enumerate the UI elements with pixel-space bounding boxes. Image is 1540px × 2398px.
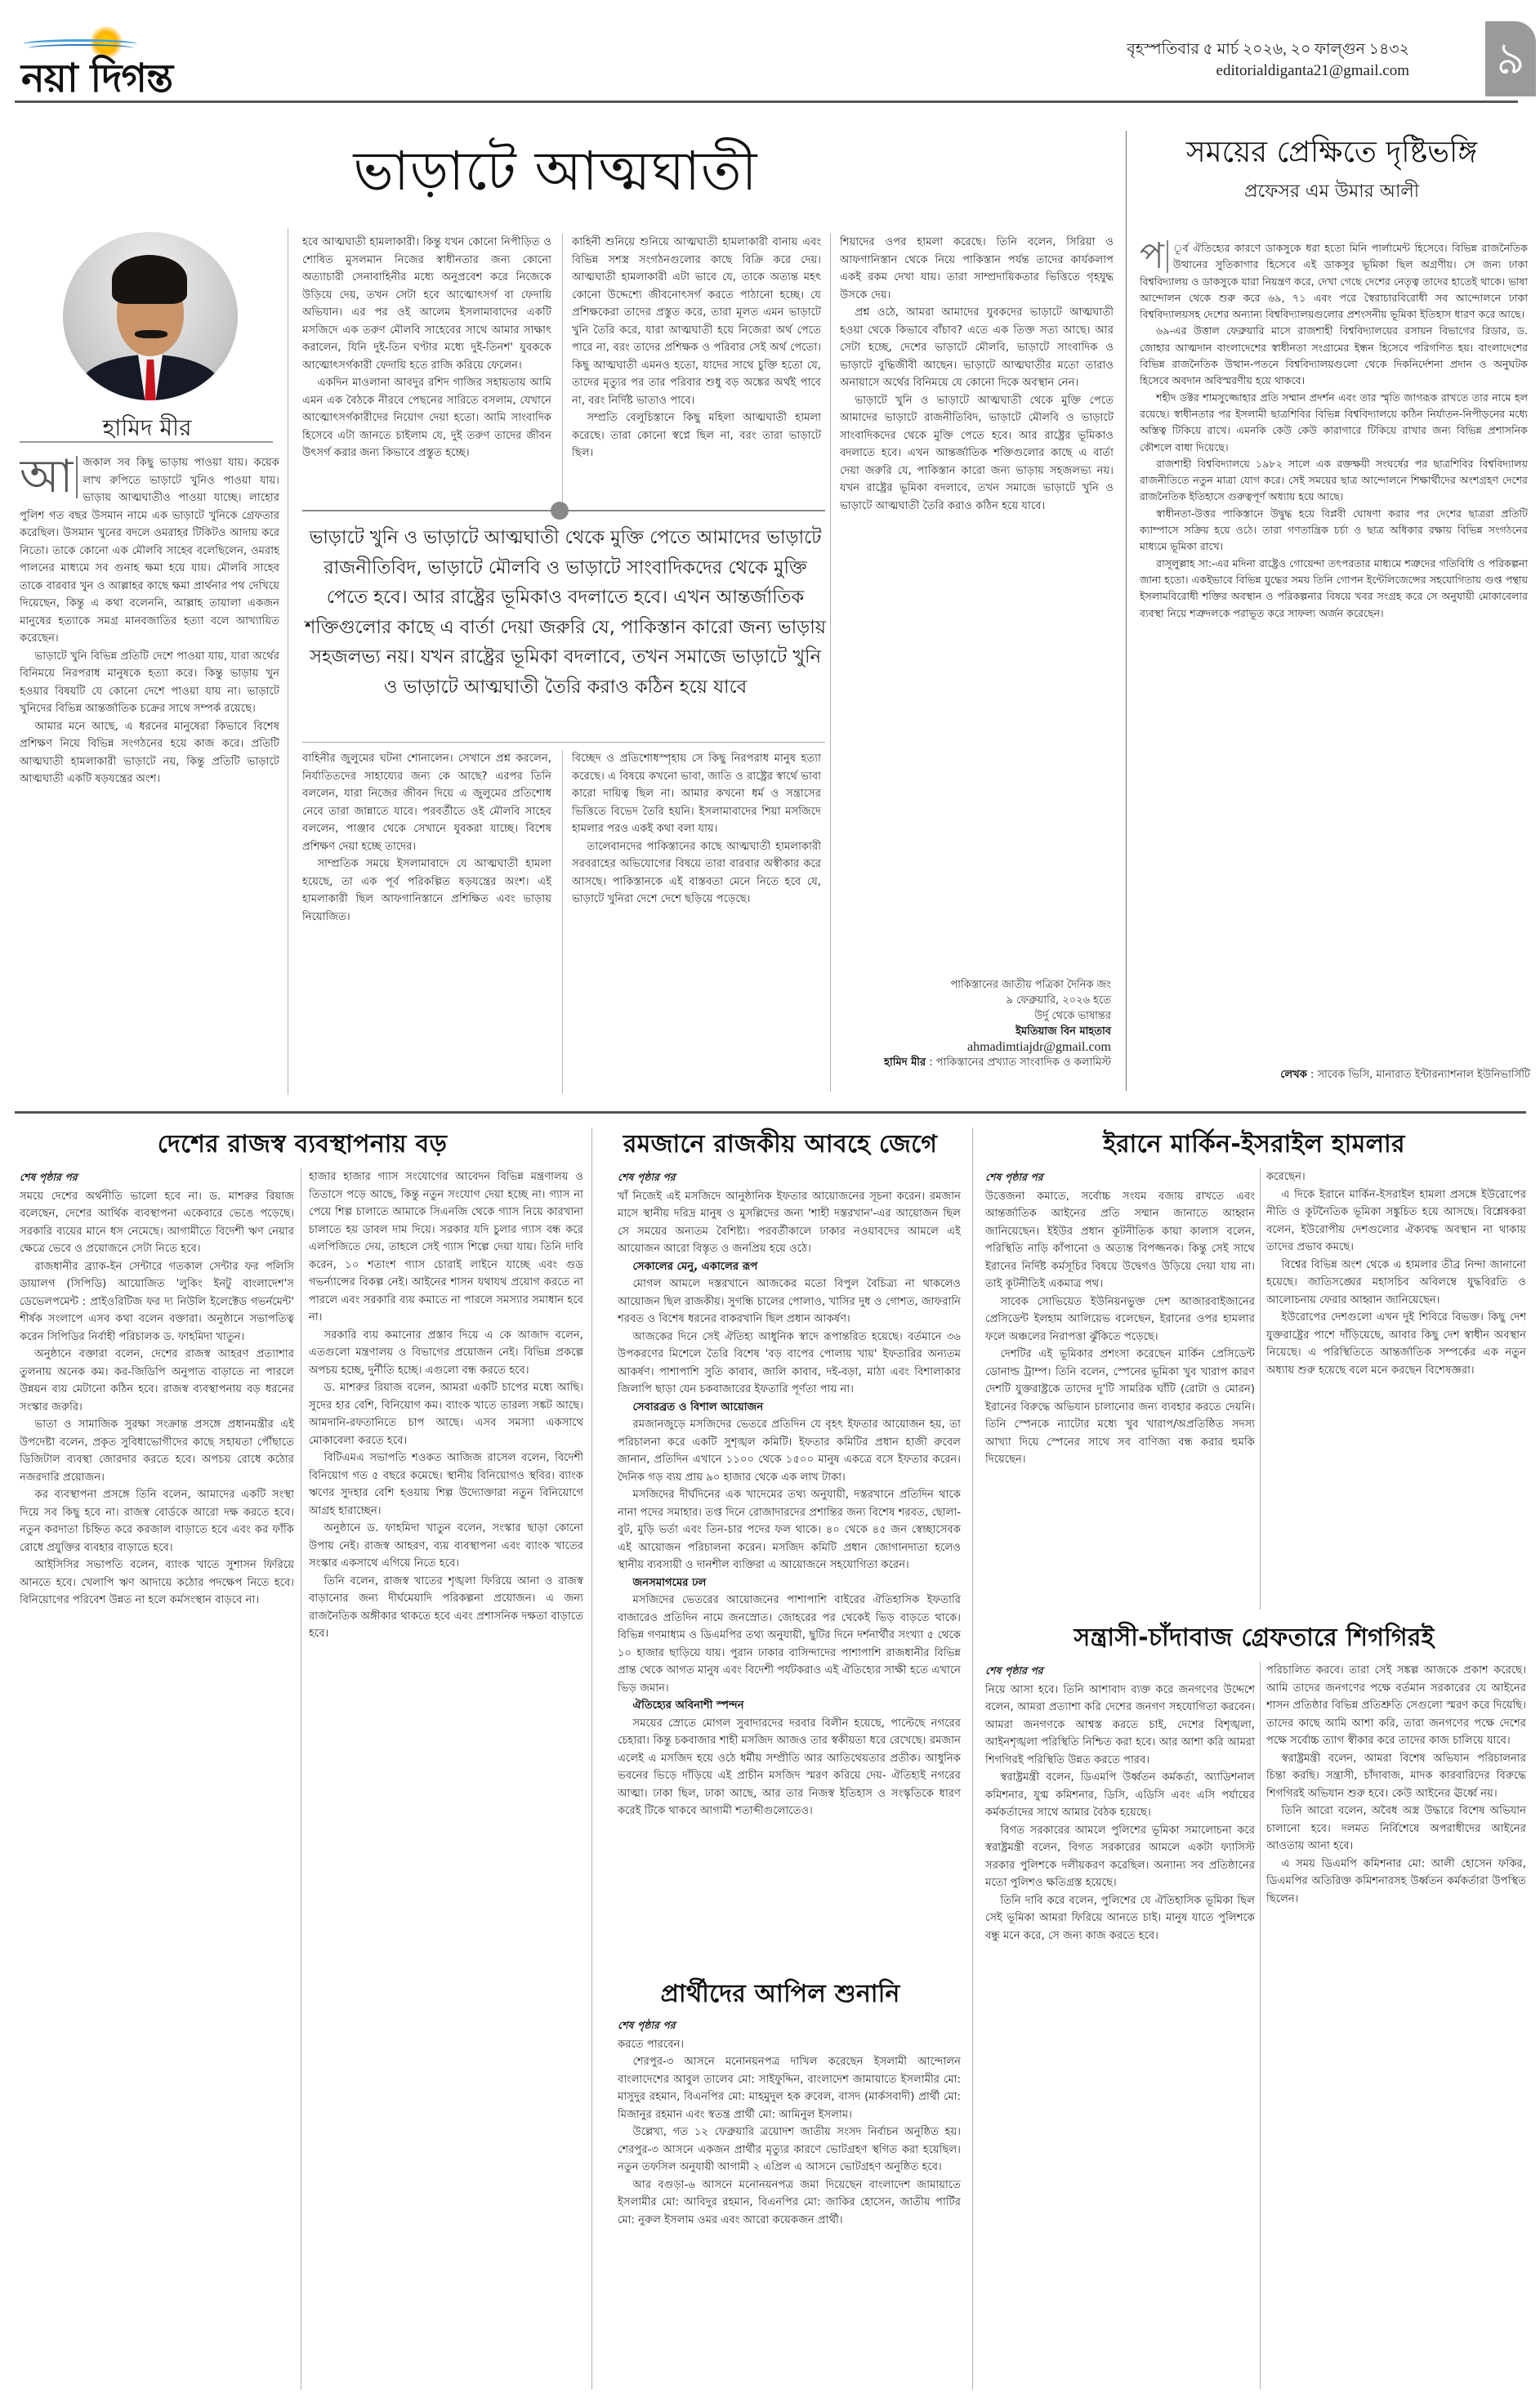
paragraph: ভাড়াটে খুনি ও ভাড়াটে আত্মঘাতী থেকে মুক…	[840, 392, 1114, 516]
column-divider	[591, 1128, 592, 2390]
paragraph: খাঁ নিজেই এই মসজিদে আনুষ্ঠানিক ইফতার আয়…	[618, 1188, 961, 1258]
pullquote: ভাড়াটে খুনি ও ভাড়াটে আত্মঘাতী থেকে মুক…	[304, 523, 827, 702]
iran-headline[interactable]: ইরানে মার্কিন-ইসরাইল হামলার	[980, 1128, 1528, 1162]
column-divider	[1260, 1168, 1261, 1610]
paragraph: সরকারি ব্যয় কমানোর প্রস্তাব দিয়ে এ কে …	[309, 1327, 583, 1380]
revenue-column-2: হাজার হাজার গ্যাস সংযোগের আবেদন বিভিন্ন …	[309, 1168, 583, 2394]
page-number-badge: ৯	[1485, 21, 1536, 96]
paragraph: বিগত সরকারের আমলে পুলিশের ভূমিকা সমালোচন…	[985, 1822, 1255, 1892]
masthead: নয়া দিগন্ত বৃহস্পতিবার ৫ মার্চ ২০২৬, ২০…	[0, 0, 1540, 106]
main-article-column-1: আজকাল সব কিছু ভাড়ায় পাওয়া যায়। কয়েক…	[20, 454, 279, 1092]
credit-translator-email[interactable]: ahmadimtiajdr@gmail.com	[825, 1039, 1111, 1055]
author-bio: হামিদ মীর : পাকিস্তানের প্রখ্যাত সাংবাদি…	[825, 1055, 1111, 1070]
paragraph: তিনি আরো বলেন, অবৈধ অস্ত্র উদ্ধারে বিশেষ…	[1266, 1802, 1526, 1855]
paragraph: আজকের দিনে সেই ঐতিহ্য আধুনিক স্বাদে রূপা…	[618, 1329, 961, 1399]
paragraph: তিনি দাবি করে বলেন, পুলিশের যে ঐতিহাসিক …	[985, 1892, 1255, 1945]
paragraph: করেছেন।	[1266, 1168, 1526, 1186]
continued-label: শেষ পৃষ্ঠার পর	[618, 2016, 961, 2034]
dateline: বৃহস্পতিবার ৫ মার্চ ২০২৬, ২০ ফাল্গুন ১৪৩…	[1127, 39, 1409, 82]
right-article-byline: প্রফেসর এম উমার আলী	[1132, 180, 1532, 204]
section-divider	[15, 1111, 1526, 1114]
paragraph: স্বাধীনতা-উত্তর পাকিস্তানে উদ্বুদ্ধ হয়ে…	[1140, 506, 1528, 556]
terror-column-1: শেষ পৃষ্ঠার পর নিয়ে আসা হবে। তিনি আশাবা…	[985, 1662, 1255, 2393]
dropcap: প	[1140, 240, 1168, 273]
subheading: সেকালের মেনু, একালের রূপ	[618, 1258, 961, 1276]
paragraph: অনুষ্ঠানে ড. ফাহমিদা খাতুন বলেন, সংস্কার…	[309, 1520, 583, 1573]
paragraph: স্বরাষ্ট্রমন্ত্রী বলেন, আমরা বিশেষ অভিযা…	[1266, 1750, 1526, 1803]
paragraph: কর ব্যবস্থাপনা প্রসঙ্গে তিনি বলেন, আমাদে…	[20, 1486, 294, 1556]
iran-column-2: করেছেন। এ দিকে ইরানে মার্কিন-ইসরাইল হামল…	[1266, 1168, 1526, 1610]
paragraph: ড. মাশরুর রিয়াজ বলেন, আমরা একটি চাপের ম…	[309, 1379, 583, 1449]
paragraph: শহীদ ডক্টর শামসুজ্জোহার প্রতি সম্মান প্র…	[1140, 390, 1528, 456]
photo-hair	[112, 255, 187, 304]
right-article-body: পূর্ব ঐতিহ্যের কারণে ডাকসুকে ধরা হতো মিন…	[1140, 240, 1528, 1065]
ramadan-article: শেষ পৃষ্ঠার পর খাঁ নিজেই এই মসজিদে আনুষ্…	[618, 1168, 961, 1932]
paragraph: সাম্প্রতিক সময়ে ইসলামাবাদে যে আত্মঘাতী …	[302, 855, 551, 926]
credit-translation-note: উর্দু থেকে ভাষান্তর	[825, 1008, 1111, 1024]
pullquote-dot	[551, 502, 569, 520]
paragraph: রমজানজুড়ে মসজিদের ভেতরে প্রতিদিন যে বৃহ…	[618, 1416, 961, 1486]
paragraph: রাসূলুল্লাহ সা:-এর মদিনা রাষ্ট্রেও গোয়ে…	[1140, 556, 1528, 622]
paragraph: ইউরোপের দেশগুলো এখন দুই শিবিরে বিভক্ত। ক…	[1266, 1309, 1526, 1379]
paragraph: উল্লেখ্য, গত ১২ ফেব্রুয়ারি ত্রয়োদশ জাত…	[618, 2123, 961, 2177]
continued-label: শেষ পৃষ্ঠার পর	[618, 1168, 961, 1186]
subheading: সেবারব্রত ও বিশাল আয়োজন	[618, 1399, 961, 1417]
paragraph: সময়ে দেশের অর্থনীতি ভালো হবে না। ড. মাশ…	[20, 1188, 294, 1258]
header-divider	[15, 100, 1518, 103]
continued-label: শেষ পৃষ্ঠার পর	[985, 1168, 1255, 1186]
paragraph: শেরপুর-৩ আসনে মনোনয়নপত্র দাখিল করেছেন ই…	[618, 2053, 961, 2123]
paragraph: তিনি বলেন, রাজস্ব খাতের শৃঙ্খলা ফিরিয়ে …	[309, 1573, 583, 1643]
paragraph: সাবেক সোভিয়েত ইউনিয়নভুক্ত দেশ আজারবাইজ…	[985, 1293, 1255, 1346]
subheading: ঐতিহ্যের অবিনাশী স্পন্দন	[618, 1697, 961, 1715]
main-article-column-2: হবে আত্মঘাতী হামলাকারী। কিন্তু যখন কোনো …	[302, 234, 551, 503]
paragraph: ৬৯-এর উত্তাল ফেব্রুয়ারি মাসে রাজশাহী বি…	[1140, 323, 1528, 389]
paragraph: সময়ের স্রোতে মোগল সুবাদারদের দরবার বিলী…	[618, 1715, 961, 1820]
terror-headline[interactable]: সন্ত্রাসী-চাঁদাবাজ গ্রেফতারে শিগগিরই	[980, 1621, 1528, 1655]
author-bio-text: : পাকিস্তানের প্রখ্যাত সাংবাদিক ও কলামিস…	[929, 1056, 1111, 1069]
paragraph: শিয়াদের ওপর হামলা করেছে। তিনি বলেন, সির…	[840, 234, 1114, 304]
paragraph: আইসিসির সভাপতি বলেন, ব্যাংক খাতে সুশাসন …	[20, 1556, 294, 1610]
ramadan-headline[interactable]: রমজানে রাজকীয় আবহে জেগে	[605, 1128, 956, 1162]
main-article-title: ভাড়াটে আত্মঘাতী	[327, 139, 784, 204]
author-divider	[20, 441, 273, 443]
paragraph: দেশটির এই ভূমিকার প্রশংসা করেছেন মার্কিন…	[985, 1346, 1255, 1469]
paragraph: এ সময় ডিএমপি কমিশনার মো: আলী হোসেন ফকির…	[1266, 1855, 1526, 1909]
paragraph: মসজিদের দীর্ঘদিনের এক খাদেমের তথ্য অনুযা…	[618, 1486, 961, 1574]
terror-column-2: পরিচালিত করবে। তারা সেই সঙ্কল্প আজকে প্র…	[1266, 1662, 1526, 2393]
right-article-credit: লেখক : সাবেক ভিসি, মানারাত ইন্টারন্যাশনা…	[1140, 1067, 1530, 1084]
paragraph: কাহিনী শুনিয়ে শুনিয়ে আত্মঘাতী হামলাকার…	[572, 234, 821, 409]
paragraph: আমার মনে আছে, এ ধরনের মানুষেরা কিভাবে বি…	[20, 718, 279, 788]
column-divider	[562, 750, 563, 1093]
paragraph: বিশ্বের বিভিন্ন অংশ থেকে এ হামলার তীব্র …	[1266, 1257, 1526, 1310]
page-number: ৯	[1485, 21, 1536, 96]
paragraph: এ দিকে ইরানে মার্কিন-ইসরাইল হামলা প্রসঙ্…	[1266, 1186, 1526, 1257]
revenue-column-1: শেষ পৃষ্ঠার পর সময়ে দেশের অর্থনীতি ভালো…	[20, 1168, 294, 2394]
credit-text: : সাবেক ভিসি, মানারাত ইন্টারন্যাশনাল ইউন…	[1310, 1069, 1530, 1081]
paragraph: রাজধানীর ব্র্যাক-ইন সেন্টারে গতকাল সেন্ট…	[20, 1258, 294, 1346]
author-photo	[63, 232, 238, 400]
column-divider	[1260, 1662, 1261, 2389]
revenue-headline[interactable]: দেশের রাজস্ব ব্যবস্থাপনায় বড়	[16, 1128, 588, 1162]
paragraph: হাজার হাজার গ্যাস সংযোগের আবেদন বিভিন্ন …	[309, 1168, 583, 1327]
credit-source: পাকিস্তানের জাতীয় পত্রিকা দৈনিক জং	[825, 977, 1111, 993]
paragraph: একদিন মাওলানা আবদুর রশিদ গাজির সহায়তায়…	[302, 374, 551, 462]
continued-label: শেষ পৃষ্ঠার পর	[20, 1168, 294, 1186]
appeal-article: শেষ পৃষ্ঠার পর করতে পারবেন। শেরপুর-৩ আসন…	[618, 2016, 961, 2392]
column-divider	[562, 234, 563, 503]
paragraph: তালেবানদের পাকিস্তানের কাছে আত্মঘাতী হাম…	[572, 838, 821, 909]
paragraph: পরিচালিত করবে। তারা সেই সঙ্কল্প আজকে প্র…	[1266, 1662, 1526, 1750]
appeal-headline[interactable]: প্রার্থীদের আপিল শুনানি	[605, 1977, 956, 2012]
paragraph: আজকাল সব কিছু ভাড়ায় পাওয়া যায়। কয়েক…	[20, 454, 279, 648]
paragraph: পূর্ব ঐতিহ্যের কারণে ডাকসুকে ধরা হতো মিন…	[1140, 240, 1528, 323]
subheading: জনসমাগমের ঢল	[618, 1574, 961, 1592]
credit-translator: ইমতিয়াজ বিন মাহতাব	[825, 1024, 1111, 1039]
main-article-column-3b: বিচ্ছেদ ও প্রতিশোধস্পৃহায় সে কিছু নিরপর…	[572, 750, 821, 1093]
column-divider	[830, 234, 831, 1092]
column-divider	[288, 229, 288, 1095]
paragraph: করতে পারবেন।	[618, 2036, 961, 2054]
paragraph: প্রশ্ন ওঠে, আমরা আমাদের যুবকদের ভাড়াটে …	[840, 304, 1114, 392]
paragraph: হবে আত্মঘাতী হামলাকারী। কিন্তু যখন কোনো …	[302, 234, 551, 374]
paragraph: ভাতা ও সামাজিক সুরক্ষা সংক্রান্ত প্রসঙ্গ…	[20, 1416, 294, 1486]
editorial-email[interactable]: editorialdiganta21@gmail.com	[1127, 60, 1409, 82]
paragraph: ভাড়াটে খুনি বিভিন্ন প্রতিটি দেশে পাওয়া…	[20, 648, 279, 718]
paragraph: নিয়ে আসা হবে। তিনি আশাবাদ ব্যক্ত করে জন…	[985, 1681, 1255, 1770]
logo-text: নয়া দিগন্ত	[21, 49, 172, 114]
paragraph: সম্প্রতি বেলুচিস্তানে কিছু মহিলা আত্মঘাত…	[572, 409, 821, 462]
photo-mustache	[135, 330, 167, 338]
right-article-border	[1126, 131, 1127, 1091]
article-credit: পাকিস্তানের জাতীয় পত্রিকা দৈনিক জং ৯ ফে…	[825, 977, 1111, 1070]
paragraph: অনুষ্ঠানে বক্তারা বলেন, দেশের রাজস্ব আহর…	[20, 1346, 294, 1416]
main-article-column-2b: বাহিনীর জুলুমের ঘটনা শোনালেন। সেখানে প্র…	[302, 750, 551, 1093]
paragraph: বিচ্ছেদ ও প্রতিশোধস্পৃহায় সে কিছু নিরপর…	[572, 750, 821, 838]
column-divider	[301, 1168, 301, 2390]
dropcap: আ	[20, 456, 78, 498]
paragraph: উত্তেজনা কমাতে, সর্বোচ্চ সংযম বজায় রাখত…	[985, 1188, 1255, 1293]
main-article-column-3: কাহিনী শুনিয়ে শুনিয়ে আত্মঘাতী হামলাকার…	[572, 234, 821, 503]
pullquote-rule-bottom	[302, 742, 825, 743]
main-article-column-4: শিয়াদের ওপর হামলা করেছে। তিনি বলেন, সির…	[840, 234, 1114, 977]
paragraph: বাহিনীর জুলুমের ঘটনা শোনালেন। সেখানে প্র…	[302, 750, 551, 855]
column-divider	[972, 1128, 973, 2390]
iran-column-1: শেষ পৃষ্ঠার পর উত্তেজনা কমাতে, সর্বোচ্চ …	[985, 1168, 1255, 1610]
newspaper-logo[interactable]: নয়া দিগন্ত	[15, 18, 260, 92]
paragraph: আর বগুড়া-৬ আসনে মনোনয়নপত্র জমা দিয়েছে…	[618, 2177, 961, 2230]
right-article-title: সময়ের প্রেক্ষিতে দৃষ্টিভঙ্গি	[1132, 132, 1532, 173]
continued-label: শেষ পৃষ্ঠার পর	[985, 1662, 1255, 1680]
author-bio-label: হামিদ মীর	[884, 1056, 926, 1069]
credit-label: লেখক	[1280, 1069, 1307, 1081]
paragraph: মোগল আমলে দস্তরখানে আজকের মতো বিপুল বৈচি…	[618, 1275, 961, 1329]
paragraph: স্বরাষ্ট্রমন্ত্রী বলেন, ডিএমপি উর্ধ্বতন …	[985, 1769, 1255, 1822]
paragraph: মসজিদের ভেতরের আয়োজনের পাশাপাশি বাইরের …	[618, 1592, 961, 1697]
paragraph: বিটিএমএ সভাপতি শওকত আজিজ রাসেল বলেন, বিদ…	[309, 1449, 583, 1520]
paragraph: রাজশাহী বিশ্ববিদ্যালয়ে ১৯৮২ সালে এক রক্…	[1140, 456, 1528, 506]
credit-date: ৯ ফেব্রুয়ারি, ২০২৬ হতে	[825, 993, 1111, 1008]
issue-date: বৃহস্পতিবার ৫ মার্চ ২০২৬, ২০ ফাল্গুন ১৪৩…	[1127, 39, 1409, 60]
